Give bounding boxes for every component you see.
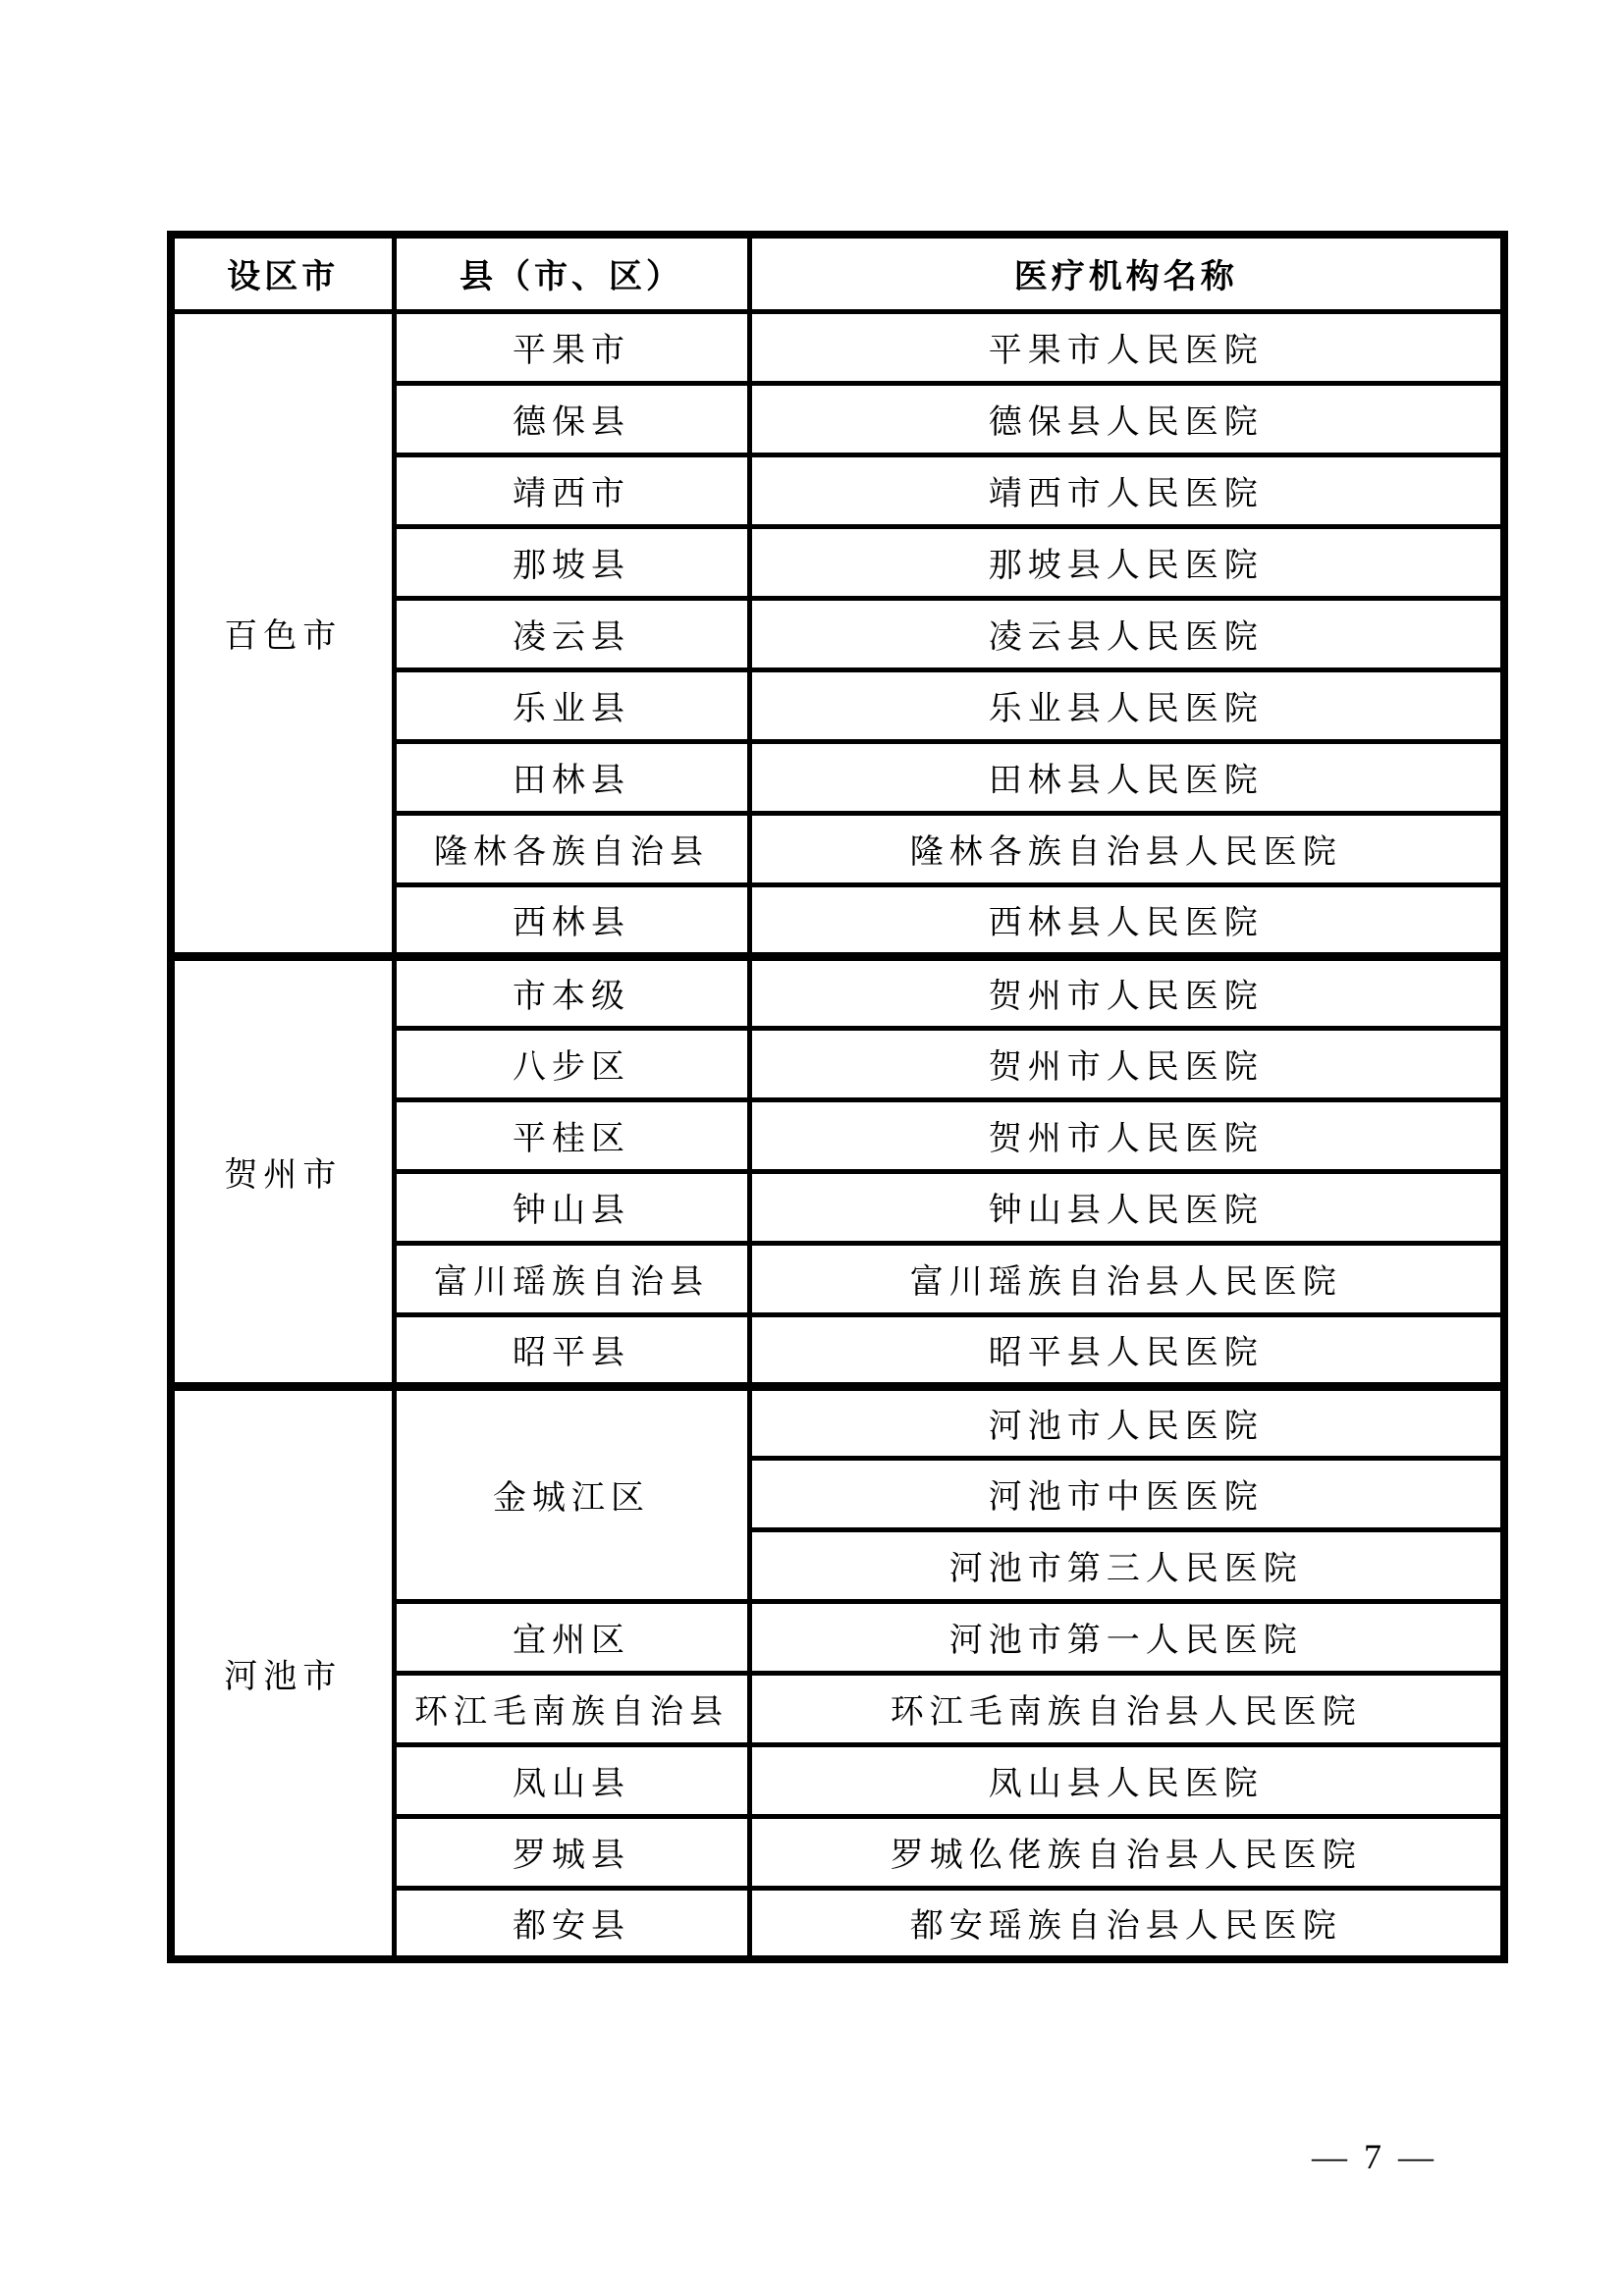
county-cell: 那坡县 [394, 526, 749, 598]
county-cell: 田林县 [394, 741, 749, 813]
city-cell: 百色市 [171, 311, 394, 956]
county-cell: 宜州区 [394, 1601, 749, 1673]
institution-cell: 昭平县人民医院 [749, 1314, 1504, 1386]
county-cell: 乐业县 [394, 669, 749, 741]
county-cell: 钟山县 [394, 1171, 749, 1243]
county-cell: 昭平县 [394, 1314, 749, 1386]
header-institution: 医疗机构名称 [749, 235, 1504, 311]
county-cell: 西林县 [394, 884, 749, 956]
institution-cell: 贺州市人民医院 [749, 1099, 1504, 1171]
institution-cell: 富川瑶族自治县人民医院 [749, 1243, 1504, 1314]
county-cell: 金城江区 [394, 1386, 749, 1601]
institution-cell: 乐业县人民医院 [749, 669, 1504, 741]
table-row: 百色市 平果市 平果市人民医院 [171, 311, 1504, 383]
page-number: — 7 — [1276, 2136, 1473, 2177]
city-cell: 河池市 [171, 1386, 394, 1959]
institution-cell: 钟山县人民医院 [749, 1171, 1504, 1243]
county-cell: 罗城县 [394, 1816, 749, 1888]
county-cell: 富川瑶族自治县 [394, 1243, 749, 1314]
county-cell: 德保县 [394, 383, 749, 454]
institution-cell: 贺州市人民医院 [749, 956, 1504, 1028]
table-row: 河池市 金城江区 河池市人民医院 [171, 1386, 1504, 1458]
county-cell: 市本级 [394, 956, 749, 1028]
institution-cell: 河池市人民医院 [749, 1386, 1504, 1458]
county-cell: 都安县 [394, 1888, 749, 1959]
institution-cell: 那坡县人民医院 [749, 526, 1504, 598]
header-city: 设区市 [171, 235, 394, 311]
institution-cell: 河池市第一人民医院 [749, 1601, 1504, 1673]
county-cell: 凤山县 [394, 1744, 749, 1816]
institution-cell: 罗城仫佬族自治县人民医院 [749, 1816, 1504, 1888]
institution-cell: 靖西市人民医院 [749, 454, 1504, 526]
county-cell: 凌云县 [394, 598, 749, 669]
county-cell: 平果市 [394, 311, 749, 383]
institution-cell: 西林县人民医院 [749, 884, 1504, 956]
hospital-table: 设区市 县（市、区） 医疗机构名称 百色市 平果市 平果市人民医院 德保县 德保… [167, 231, 1508, 1963]
institution-cell: 贺州市人民医院 [749, 1028, 1504, 1099]
institution-cell: 河池市中医医院 [749, 1458, 1504, 1529]
document-page: 设区市 县（市、区） 医疗机构名称 百色市 平果市 平果市人民医院 德保县 德保… [0, 0, 1624, 2296]
institution-cell: 平果市人民医院 [749, 311, 1504, 383]
table-header-row: 设区市 县（市、区） 医疗机构名称 [171, 235, 1504, 311]
table-row: 贺州市 市本级 贺州市人民医院 [171, 956, 1504, 1028]
county-cell: 隆林各族自治县 [394, 813, 749, 884]
institution-cell: 河池市第三人民医院 [749, 1529, 1504, 1601]
institution-cell: 都安瑶族自治县人民医院 [749, 1888, 1504, 1959]
institution-cell: 凌云县人民医院 [749, 598, 1504, 669]
header-county: 县（市、区） [394, 235, 749, 311]
county-cell: 靖西市 [394, 454, 749, 526]
institution-cell: 德保县人民医院 [749, 383, 1504, 454]
city-cell: 贺州市 [171, 956, 394, 1386]
county-cell: 八步区 [394, 1028, 749, 1099]
institution-cell: 隆林各族自治县人民医院 [749, 813, 1504, 884]
county-cell: 平桂区 [394, 1099, 749, 1171]
institution-cell: 田林县人民医院 [749, 741, 1504, 813]
county-cell: 环江毛南族自治县 [394, 1673, 749, 1744]
institution-cell: 凤山县人民医院 [749, 1744, 1504, 1816]
institution-cell: 环江毛南族自治县人民医院 [749, 1673, 1504, 1744]
